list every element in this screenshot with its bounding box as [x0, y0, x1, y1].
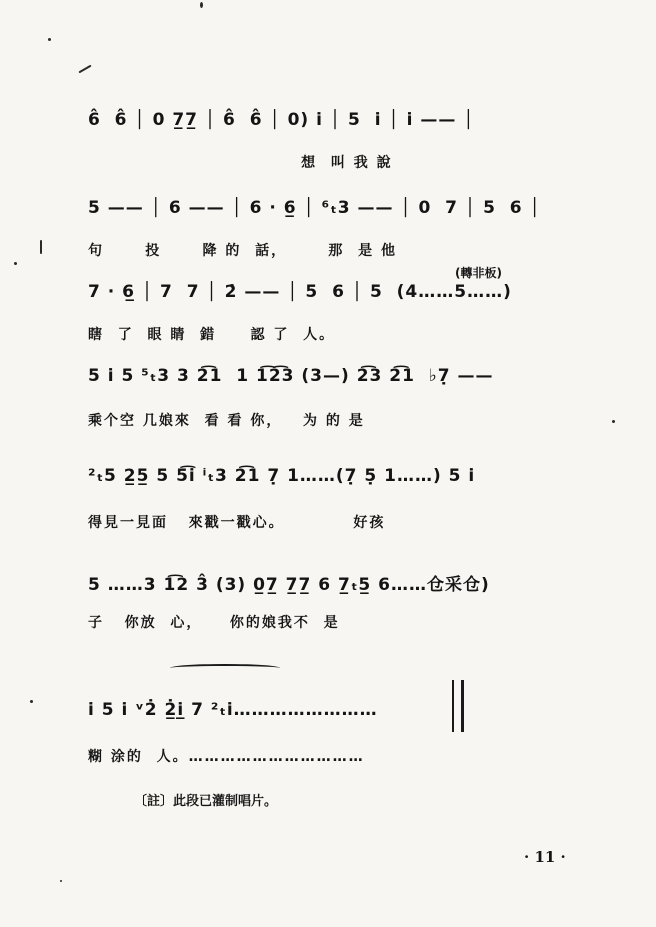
- scan-speck: [48, 38, 51, 41]
- scan-mark: [40, 240, 42, 254]
- lyrics-line-1: 想 叫 我 說: [88, 152, 393, 172]
- scan-speck: [60, 880, 62, 882]
- score-page: 6̂ 6̂ │ 0 7̲7̲ │ 6̂ 6̂ │ 0) i̇ │ 5 i̇ │ …: [0, 0, 656, 927]
- scan-speck: [200, 2, 203, 8]
- footnote: 〔註〕此段已灌制唱片。: [134, 790, 277, 809]
- final-barline: [452, 680, 464, 732]
- lyrics-line-3: 瞎 了 眼 睛 錯 認 了 人。: [88, 324, 335, 344]
- scan-mark: [78, 65, 91, 74]
- scan-speck: [30, 700, 33, 703]
- tempo-annotation: (轉非板): [455, 264, 502, 281]
- lyrics-line-4: 乘个空 几娘來 看 看 你， 为 的 是: [88, 410, 365, 430]
- notation-line-1: 6̂ 6̂ │ 0 7̲7̲ │ 6̂ 6̂ │ 0) i̇ │ 5 i̇ │ …: [88, 110, 475, 130]
- notation-line-5: ²ₜ5 2̲5̲ 5 5͡i̇ ⁱₜ3 2͡1 7̣ 1……(7̣ 5̣ 1………: [88, 466, 475, 486]
- notation-line-4: 5 i̇ 5 ⁵ₜ3 3 2͡1 1 1͡2͡3 (3—) 2͡3 2͡1 ♭7…: [88, 366, 494, 386]
- lyrics-line-6: 子 你放 心， 你的娘我不 是: [88, 612, 340, 632]
- page-number: · 11 ·: [524, 848, 566, 866]
- notation-line-3: 7 · 6̲ │ 7 7 │ 2̇ —— │ 5 6 │ 5 (4……5……): [88, 282, 512, 302]
- notation-line-7: i̇ 5 i̇ ᵛ2̇ 2̲̇i̲̇ 7 ²ₜi̇……………………: [88, 700, 378, 720]
- scan-speck: [14, 262, 17, 265]
- lyrics-line-2: 句 投 降 的 話， 那 是 他: [88, 240, 397, 260]
- lyrics-line-5: 得見一見面 來戳一戳心。 好孩: [88, 512, 385, 532]
- notation-line-6: 5 ……3 1͡2 3̂ (3) 0̲7̲ 7̲7̲ 6 7̲ₜ5̲ 6……仓采…: [88, 570, 490, 595]
- phrase-slur: [170, 664, 280, 672]
- lyrics-line-7: 糊 涂的 人。……………………………: [88, 746, 365, 766]
- notation-line-2: 5 —— │ 6 —— │ 6 · 6̲ │ ⁶ₜ3 —— │ 0 7 │ 5 …: [88, 198, 541, 218]
- scan-speck: [612, 420, 615, 423]
